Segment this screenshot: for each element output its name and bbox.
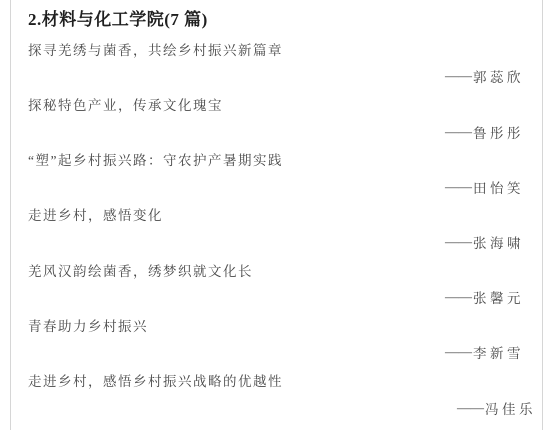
article-title: 探秘特色产业，传承文化瑰宝 [28, 90, 524, 118]
author-name: 张馨元 [473, 287, 524, 307]
author-name: 鲁彤彤 [473, 122, 524, 142]
document-content: 2.材料与化工学院(7 篇) 探寻羌绣与菌香，共绘乡村振兴新篇章 ——郭蕊欣 探… [11, 0, 542, 430]
author-name: 张海啸 [473, 232, 524, 252]
author-dash: —— [445, 124, 472, 140]
author-dash: —— [445, 344, 472, 360]
author-line: ——冯佳乐 [28, 394, 536, 422]
author-line: ——郭蕊欣 [28, 63, 524, 91]
page-right-edge-line [542, 0, 543, 430]
article-title: “塑”起乡村振兴路：守农护产暑期实践 [28, 145, 524, 173]
author-name: 李新雪 [473, 342, 524, 362]
article-title: 羌风汉韵绘菌香，绣梦织就文化长 [28, 256, 524, 284]
author-line: ——鲁彤彤 [28, 118, 524, 146]
article-title: 青春助力乡村振兴 [28, 311, 524, 339]
author-name: 田怡笑 [473, 177, 524, 197]
author-line: ——田怡笑 [28, 173, 524, 201]
author-dash: —— [445, 179, 472, 195]
article-title: 走进乡村，感悟乡村振兴战略的优越性 [28, 366, 524, 394]
author-name: 冯佳乐 [485, 398, 536, 418]
author-dash: —— [445, 234, 472, 250]
author-dash: —— [445, 289, 472, 305]
article-title: 探寻羌绣与菌香，共绘乡村振兴新篇章 [28, 35, 524, 63]
author-line: ——张海啸 [28, 228, 524, 256]
author-dash: —— [457, 400, 484, 416]
author-dash: —— [445, 68, 472, 84]
author-line: ——李新雪 [28, 339, 524, 367]
document-page: 2.材料与化工学院(7 篇) 探寻羌绣与菌香，共绘乡村振兴新篇章 ——郭蕊欣 探… [0, 0, 554, 430]
section-title: 2.材料与化工学院(7 篇) [28, 8, 524, 32]
author-name: 郭蕊欣 [473, 66, 524, 86]
article-title: 走进乡村，感悟变化 [28, 201, 524, 229]
author-line: ——张馨元 [28, 283, 524, 311]
